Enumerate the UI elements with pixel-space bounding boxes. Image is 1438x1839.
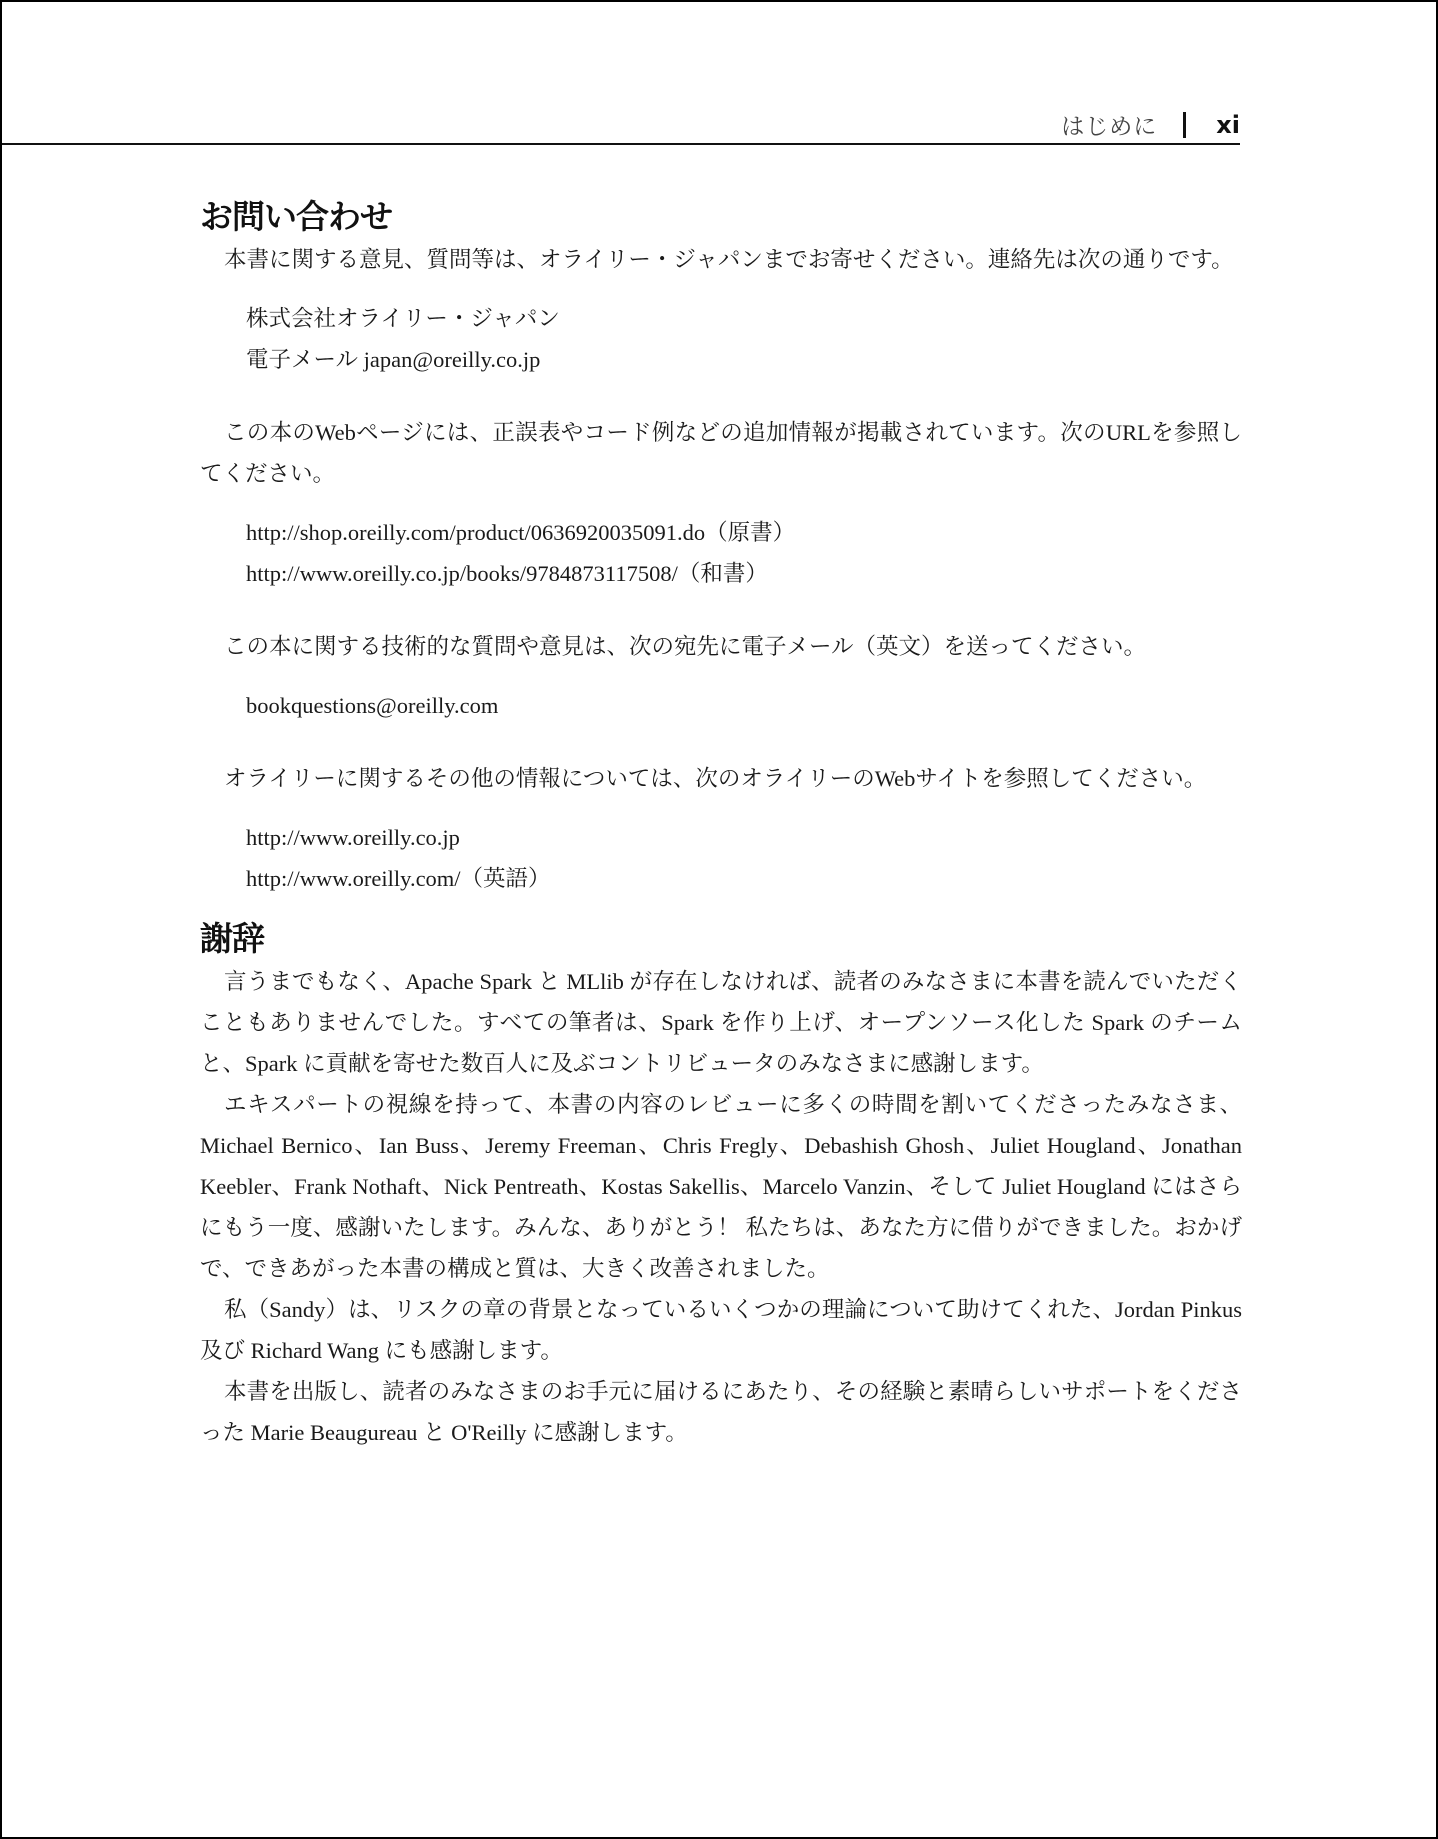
ack-paragraph-4: 本書を出版し、読者のみなさまのお手元に届けるにあたり、その経験と素晴らしいサポー… — [200, 1371, 1242, 1453]
company-name: 株式会社オライリー・ジャパン — [246, 298, 1242, 339]
url-block: http://shop.oreilly.com/product/06369200… — [200, 512, 1242, 594]
ack-paragraph-1: 言うまでもなく、Apache Spark と MLlib が存在しなければ、読者… — [200, 961, 1242, 1084]
url-original-book[interactable]: http://shop.oreilly.com/product/06369200… — [246, 512, 1242, 553]
contact-intro-paragraph: 本書に関する意見、質問等は、オライリー・ジャパンまでお寄せください。連絡先は次の… — [200, 239, 1242, 280]
running-head: はじめに xi — [0, 108, 1240, 141]
section-heading-acknowledgments: 謝辞 — [200, 917, 1242, 961]
running-head-title: はじめに — [1061, 108, 1157, 141]
contact-address-block: 株式会社オライリー・ジャパン 電子メール japan@oreilly.co.jp — [200, 298, 1242, 380]
url-oreilly-jp[interactable]: http://www.oreilly.co.jp — [246, 817, 1242, 858]
running-head-separator — [1183, 112, 1186, 138]
questions-email[interactable]: bookquestions@oreilly.com — [246, 685, 1242, 726]
website-block: http://www.oreilly.co.jp http://www.orei… — [200, 817, 1242, 899]
page-number: xi — [1216, 111, 1240, 139]
url-oreilly-com[interactable]: http://www.oreilly.com/（英語） — [246, 858, 1242, 899]
ack-paragraph-2: エキスパートの視線を持って、本書の内容のレビューに多くの時間を割いてくださったみ… — [200, 1084, 1242, 1289]
page-body: お問い合わせ 本書に関する意見、質問等は、オライリー・ジャパンまでお寄せください… — [200, 195, 1242, 1453]
contact-email: 電子メール japan@oreilly.co.jp — [246, 339, 1242, 380]
url-japanese-book[interactable]: http://www.oreilly.co.jp/books/978487311… — [246, 553, 1242, 594]
webpage-paragraph: この本のWebページには、正誤表やコード例などの追加情報が掲載されています。次の… — [200, 412, 1242, 494]
header-rule — [2, 143, 1240, 145]
ack-paragraph-3: 私（Sandy）は、リスクの章の背景となっているいくつかの理論について助けてくれ… — [200, 1289, 1242, 1371]
questions-email-block: bookquestions@oreilly.com — [200, 685, 1242, 726]
section-acknowledgments: 謝辞 言うまでもなく、Apache Spark と MLlib が存在しなければ… — [200, 917, 1242, 1453]
section-heading-contact: お問い合わせ — [200, 195, 1242, 239]
technical-questions-paragraph: この本に関する技術的な質問や意見は、次の宛先に電子メール（英文）を送ってください… — [200, 626, 1242, 667]
section-contact: お問い合わせ 本書に関する意見、質問等は、オライリー・ジャパンまでお寄せください… — [200, 195, 1242, 899]
other-info-paragraph: オライリーに関するその他の情報については、次のオライリーのWebサイトを参照して… — [200, 758, 1242, 799]
